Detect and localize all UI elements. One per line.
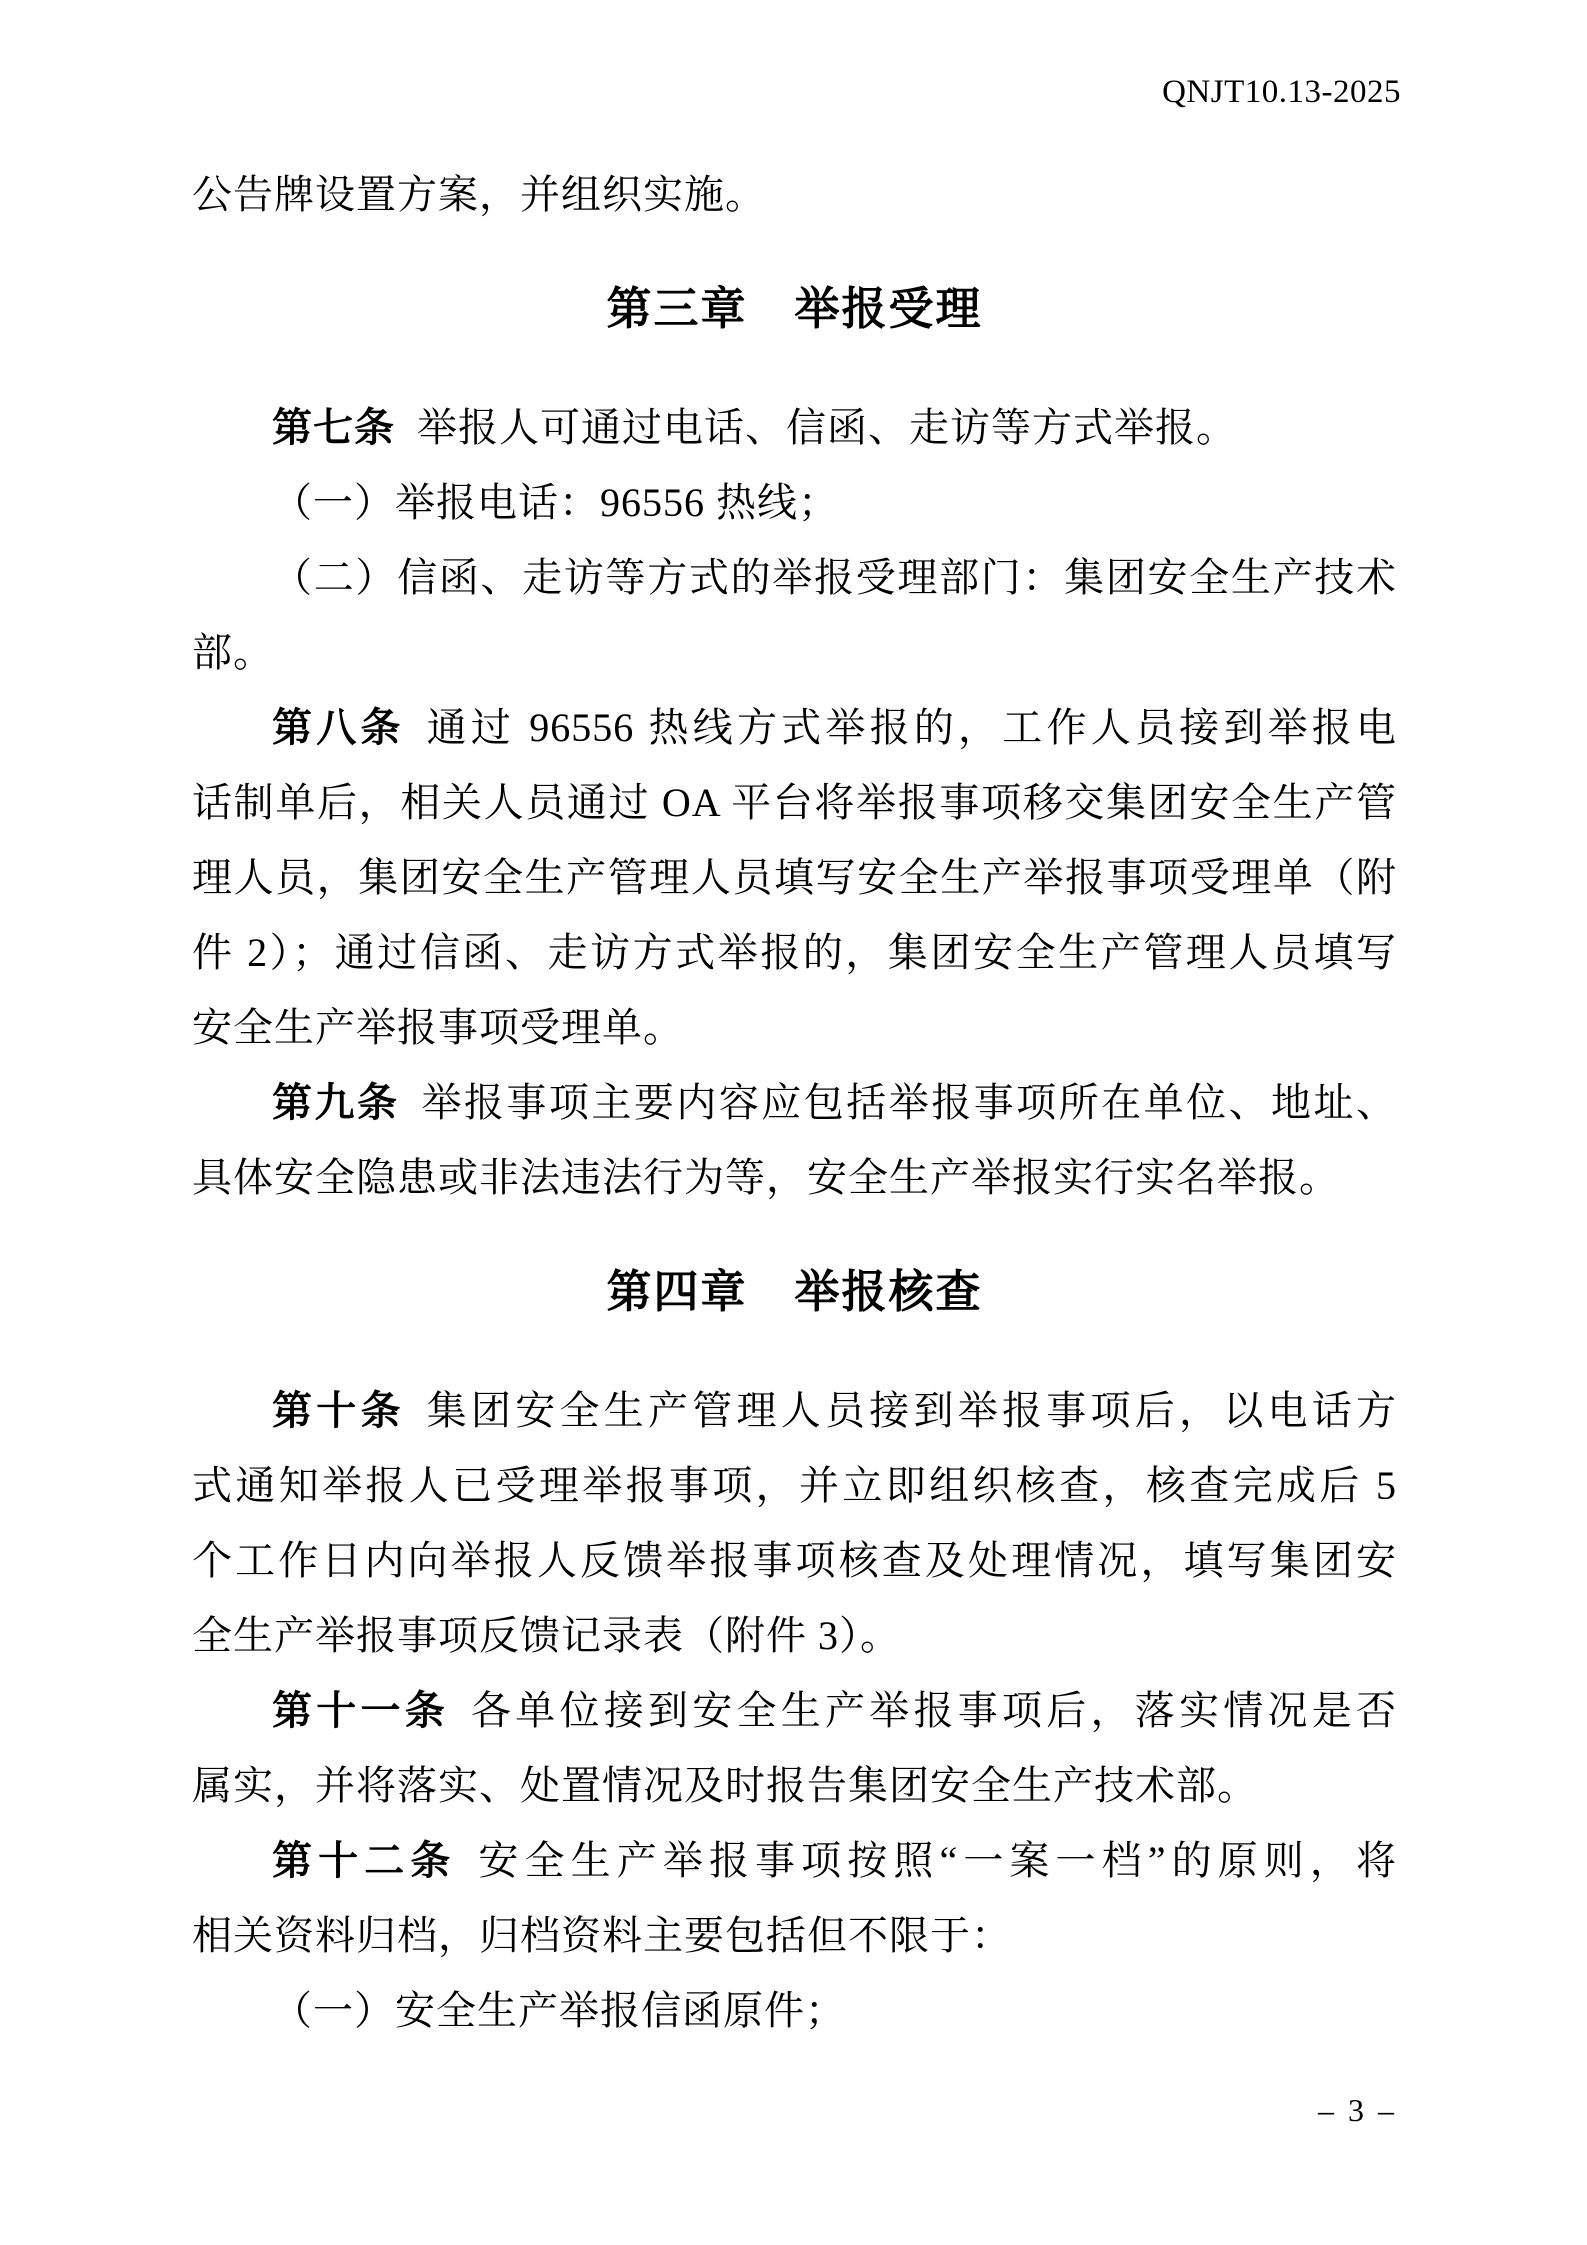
article-text: 举报人可通过电话、信函、走访等方式举报。 (417, 405, 1237, 450)
article-line: 第十条集团安全生产管理人员接到举报事项后，以电话方 (192, 1373, 1397, 1448)
text-line: 件 2）；通过信函、走访方式举报的，集团安全生产管理人员填写 (192, 915, 1397, 990)
article-label: 第八条 (272, 706, 405, 750)
text-line: 部。 (192, 615, 1397, 690)
article-label: 第七条 (272, 406, 395, 450)
article-line: 第七条举报人可通过电话、信函、走访等方式举报。 (192, 390, 1397, 465)
text-line: 相关资料归档，归档资料主要包括但不限于： (192, 1898, 1397, 1973)
text-line: 公告牌设置方案，并组织实施。 (192, 157, 1397, 232)
article-line: 第十二条安全生产举报事项按照“一案一档”的原则，将 (192, 1823, 1397, 1898)
article-line: 第九条举报事项主要内容应包括举报事项所在单位、地址、 (192, 1065, 1397, 1140)
text-line: 个工作日内向举报人反馈举报事项核查及处理情况，填写集团安 (192, 1523, 1397, 1598)
article-line: 第十一条各单位接到安全生产举报事项后，落实情况是否 (192, 1673, 1397, 1748)
chapter-heading: 第四章 举报核查 (192, 1252, 1397, 1332)
text-line: 具体安全隐患或非法违法行为等，安全生产举报实行实名举报。 (192, 1140, 1397, 1215)
article-text: 安全生产举报事项按照“一案一档”的原则，将 (478, 1838, 1397, 1883)
list-item-line: （一）举报电话：96556 热线； (192, 465, 1397, 540)
article-text: 集团安全生产管理人员接到举报事项后，以电话方 (427, 1388, 1397, 1433)
article-line: 第八条通过 96556 热线方式举报的，工作人员接到举报电 (192, 690, 1397, 765)
text-line: 属实，并将落实、处置情况及时报告集团安全生产技术部。 (192, 1748, 1397, 1823)
document-body: 公告牌设置方案，并组织实施。 第三章 举报受理 第七条举报人可通过电话、信函、走… (192, 157, 1397, 2048)
text-line: 全生产举报事项反馈记录表（附件 3）。 (192, 1598, 1397, 1673)
text-line: 安全生产举报事项受理单。 (192, 990, 1397, 1065)
article-label: 第十一条 (272, 1689, 449, 1733)
list-item-line: （二）信函、走访等方式的举报受理部门：集团安全生产技术 (192, 540, 1397, 615)
article-text: 通过 96556 热线方式举报的，工作人员接到举报电 (427, 705, 1397, 750)
text-line: 理人员，集团安全生产管理人员填写安全生产举报事项受理单（附 (192, 840, 1397, 915)
page-number: – 3 – (1318, 2092, 1397, 2129)
document-reference-number: QNJT10.13-2025 (1162, 74, 1401, 111)
document-page: QNJT10.13-2025 公告牌设置方案，并组织实施。 第三章 举报受理 第… (0, 0, 1587, 2245)
article-label: 第九条 (272, 1081, 399, 1125)
chapter-heading: 第三章 举报受理 (192, 269, 1397, 349)
list-item-line: （一）安全生产举报信函原件； (192, 1973, 1397, 2048)
article-label: 第十条 (272, 1389, 405, 1433)
text-line: 式通知举报人已受理举报事项，并立即组织核查，核查完成后 5 (192, 1448, 1397, 1523)
article-label: 第十二条 (272, 1839, 456, 1883)
text-line: 话制单后，相关人员通过 OA 平台将举报事项移交集团安全生产管 (192, 765, 1397, 840)
article-text: 各单位接到安全生产举报事项后，落实情况是否 (471, 1688, 1397, 1733)
article-text: 举报事项主要内容应包括举报事项所在单位、地址、 (421, 1080, 1397, 1125)
